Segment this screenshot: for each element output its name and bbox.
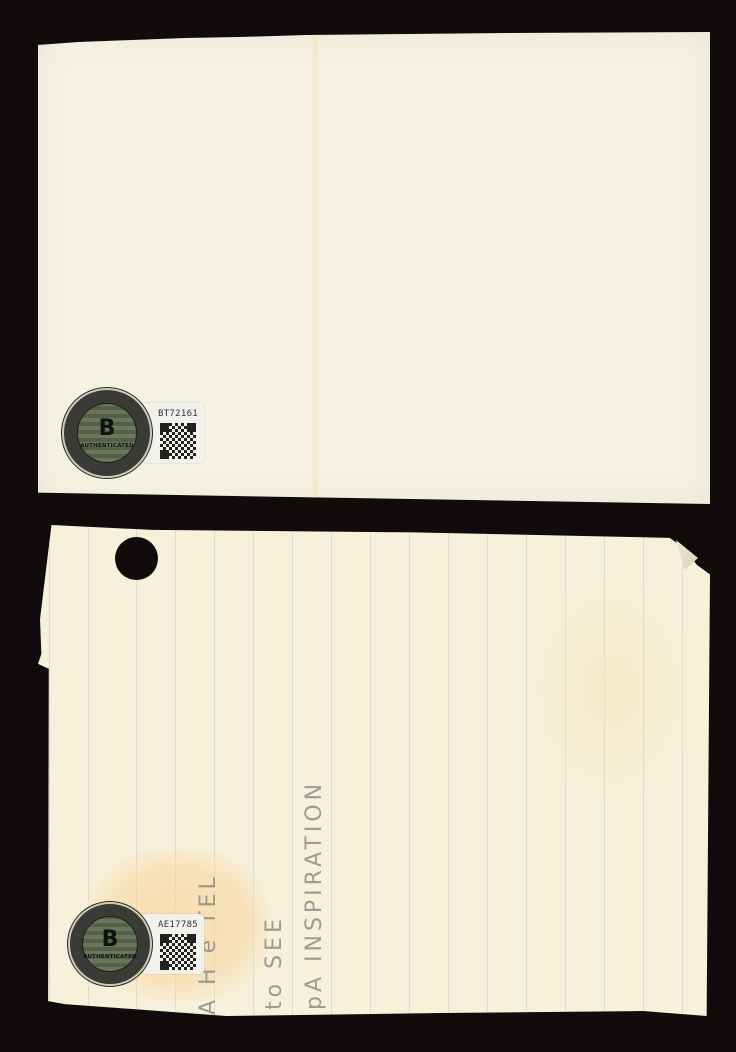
- certificate-code: BT72161: [158, 409, 198, 419]
- beckett-authentication-sticker: B AUTHENTICATED AE17785: [68, 902, 204, 986]
- seal-center: B AUTHENTICATED: [82, 916, 138, 972]
- paper-crease: [310, 32, 320, 504]
- hole-punch: [115, 537, 158, 580]
- hologram-seal: B AUTHENTICATED: [68, 902, 152, 986]
- paper-discoloration: [510, 560, 710, 820]
- beckett-logo-icon: B: [99, 418, 116, 440]
- handwriting-line-2: to SEE: [262, 915, 287, 1010]
- authenticated-text: AUTHENTICATED: [83, 954, 137, 960]
- beckett-logo-icon: B: [102, 929, 119, 951]
- authenticated-text: AUTHENTICATED: [80, 443, 134, 449]
- qr-code-icon: [160, 423, 196, 459]
- handwriting-line-3: pA INSPIRATION: [302, 780, 327, 1010]
- beckett-authentication-sticker: B AUTHENTICATED BT72161: [62, 388, 204, 478]
- certificate-code: AE17785: [158, 920, 198, 930]
- qr-code-icon: [160, 934, 196, 970]
- seal-center: B AUTHENTICATED: [77, 403, 137, 463]
- hologram-seal: B AUTHENTICATED: [62, 388, 152, 478]
